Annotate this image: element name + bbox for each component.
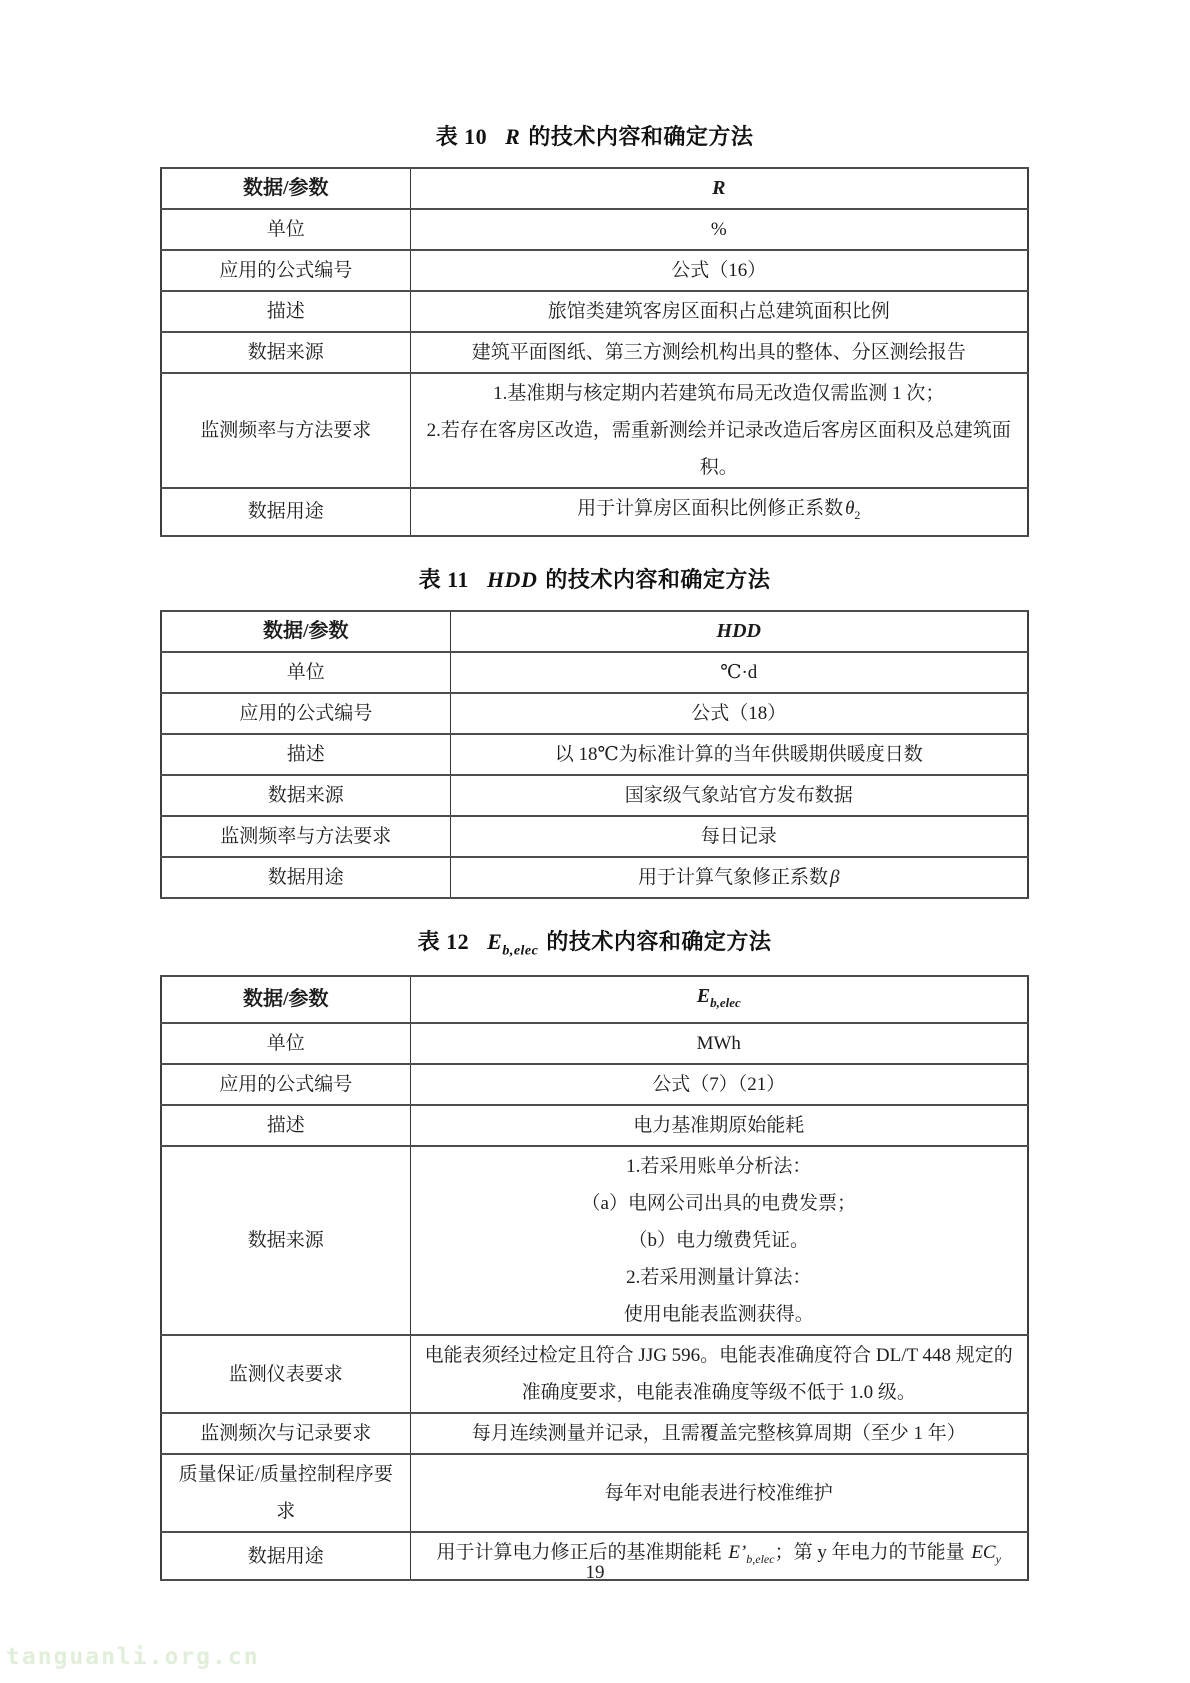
row-label: 描述 [161, 734, 450, 775]
table-row: 数据用途 用于计算气象修正系数β [161, 857, 1028, 898]
row-value-line: 1.基准期与核定期内若建筑布局无改造仅需监测 1 次； [423, 375, 1016, 412]
table-row: 质量保证/质量控制程序要求 每年对电能表进行校准维护 [161, 1454, 1028, 1532]
table-row: 应用的公式编号 公式（18） [161, 693, 1028, 734]
row-label: 数据来源 [161, 775, 450, 816]
row-value: 公式（18） [450, 693, 1028, 734]
usage-text: 用于计算电力修正后的基准期能耗 [437, 1542, 727, 1563]
table-row: 数据/参数 R [161, 168, 1028, 209]
document-content: 表 10R的技术内容和确定方法 数据/参数 R 单位 % 应用的公式编号 公式（… [160, 120, 1029, 1587]
row-label: 应用的公式编号 [161, 693, 450, 734]
header-label: 数据/参数 [161, 611, 450, 652]
table-11-title-text: 的技术内容和确定方法 [545, 567, 770, 592]
usage-text: 用于计算房区面积比例修正系数 [577, 498, 843, 519]
theta-symbol: θ [843, 498, 854, 519]
beta-symbol: β [828, 867, 839, 888]
row-label: 监测仪表要求 [161, 1335, 410, 1413]
row-value: 用于计算气象修正系数β [450, 857, 1028, 898]
table-row: 数据来源 建筑平面图纸、第三方测绘机构出具的整体、分区测绘报告 [161, 332, 1028, 373]
row-value: 旅馆类建筑客房区面积占总建筑面积比例 [410, 291, 1028, 332]
row-label: 数据用途 [161, 488, 410, 536]
ec-symbol: EC [969, 1542, 995, 1563]
e-prime-symbol: E’ [726, 1542, 746, 1563]
row-value-line: 1.若采用账单分析法： [423, 1148, 1016, 1185]
document-page: { "page": { "number": "19", "watermark":… [0, 0, 1190, 1683]
table-row: 单位 MWh [161, 1023, 1028, 1064]
row-label: 描述 [161, 1105, 410, 1146]
row-value-line: 2.若存在客房区改造，需重新测绘并记录改造后客房区面积及总建筑面积。 [423, 412, 1016, 486]
theta-subscript: 2 [854, 508, 860, 522]
row-value: % [410, 209, 1028, 250]
row-value: 电能表须经过检定且符合 JJG 596。电能表准确度符合 DL/T 448 规定… [410, 1335, 1028, 1413]
row-value: 建筑平面图纸、第三方测绘机构出具的整体、分区测绘报告 [410, 332, 1028, 373]
usage-text: ；第 y 年电力的节能量 [775, 1542, 970, 1563]
row-value: 每日记录 [450, 816, 1028, 857]
table-11-number: 表 11 [419, 567, 469, 592]
row-label: 质量保证/质量控制程序要求 [161, 1454, 410, 1532]
table-row: 单位 % [161, 209, 1028, 250]
header-value: HDD [450, 611, 1028, 652]
row-label: 单位 [161, 652, 450, 693]
table-row: 描述 以 18℃为标准计算的当年供暖期供暖度日数 [161, 734, 1028, 775]
row-value-line: （b）电力缴费凭证。 [423, 1222, 1016, 1259]
row-value: 公式（7）（21） [410, 1064, 1028, 1105]
header-label: 数据/参数 [161, 168, 410, 209]
row-label: 数据来源 [161, 1146, 410, 1335]
row-value-line: 使用电能表监测获得。 [423, 1296, 1016, 1333]
row-label: 单位 [161, 1023, 410, 1064]
table-row: 监测频率与方法要求 1.基准期与核定期内若建筑布局无改造仅需监测 1 次； 2.… [161, 373, 1028, 488]
row-value: MWh [410, 1023, 1028, 1064]
table-10-parameter: R [505, 124, 520, 149]
table-12-parameter-subscript: b,elec [502, 943, 538, 958]
row-value: ℃·d [450, 652, 1028, 693]
table-row: 数据来源 1.若采用账单分析法： （a）电网公司出具的电费发票； （b）电力缴费… [161, 1146, 1028, 1335]
header-value-subscript: b,elec [710, 995, 741, 1010]
table-11-title: 表 11HDD的技术内容和确定方法 [160, 563, 1029, 594]
table-11-parameter: HDD [487, 567, 537, 592]
table-10-title-text: 的技术内容和确定方法 [528, 124, 753, 149]
table-row: 监测频率与方法要求 每日记录 [161, 816, 1028, 857]
table-row: 数据用途 用于计算房区面积比例修正系数θ2 [161, 488, 1028, 536]
row-label: 描述 [161, 291, 410, 332]
table-row: 描述 电力基准期原始能耗 [161, 1105, 1028, 1146]
row-value: 国家级气象站官方发布数据 [450, 775, 1028, 816]
header-value: Eb,elec [410, 976, 1028, 1023]
row-value-line: （a）电网公司出具的电费发票； [423, 1185, 1016, 1222]
row-value: 1.基准期与核定期内若建筑布局无改造仅需监测 1 次； 2.若存在客房区改造，需… [410, 373, 1028, 488]
table-row: 单位 ℃·d [161, 652, 1028, 693]
row-value: 每月连续测量并记录，且需覆盖完整核算周期（至少 1 年） [410, 1413, 1028, 1454]
table-row: 监测仪表要求 电能表须经过检定且符合 JJG 596。电能表准确度符合 DL/T… [161, 1335, 1028, 1413]
row-value: 以 18℃为标准计算的当年供暖期供暖度日数 [450, 734, 1028, 775]
table-row: 数据来源 国家级气象站官方发布数据 [161, 775, 1028, 816]
table-row: 数据/参数 HDD [161, 611, 1028, 652]
row-label: 数据用途 [161, 857, 450, 898]
row-value: 每年对电能表进行校准维护 [410, 1454, 1028, 1532]
row-value: 公式（16） [410, 250, 1028, 291]
row-label: 监测频次与记录要求 [161, 1413, 410, 1454]
row-value: 用于计算房区面积比例修正系数θ2 [410, 488, 1028, 536]
row-value: 电力基准期原始能耗 [410, 1105, 1028, 1146]
row-label: 应用的公式编号 [161, 250, 410, 291]
table-12: 数据/参数 Eb,elec 单位 MWh 应用的公式编号 公式（7）（21） 描… [160, 975, 1029, 1581]
table-12-number: 表 12 [418, 929, 470, 954]
table-row: 应用的公式编号 公式（7）（21） [161, 1064, 1028, 1105]
table-12-title: 表 12Eb,elec的技术内容和确定方法 [160, 925, 1029, 959]
table-row: 应用的公式编号 公式（16） [161, 250, 1028, 291]
usage-text: 用于计算气象修正系数 [638, 867, 828, 888]
header-label: 数据/参数 [161, 976, 410, 1023]
watermark: tanguanli.org.cn [6, 1644, 260, 1670]
page-number: 19 [0, 1562, 1190, 1584]
table-11: 数据/参数 HDD 单位 ℃·d 应用的公式编号 公式（18） 描述 以 18℃… [160, 610, 1029, 899]
table-10: 数据/参数 R 单位 % 应用的公式编号 公式（16） 描述 旅馆类建筑客房区面… [160, 167, 1029, 537]
table-12-parameter: Eb,elec [487, 929, 538, 954]
table-10-title: 表 10R的技术内容和确定方法 [160, 120, 1029, 151]
row-value-line: 2.若采用测量计算法： [423, 1259, 1016, 1296]
table-row: 数据/参数 Eb,elec [161, 976, 1028, 1023]
row-label: 监测频率与方法要求 [161, 816, 450, 857]
row-label: 应用的公式编号 [161, 1064, 410, 1105]
table-10-number: 表 10 [436, 124, 488, 149]
row-label: 单位 [161, 209, 410, 250]
table-row: 描述 旅馆类建筑客房区面积占总建筑面积比例 [161, 291, 1028, 332]
row-value: 1.若采用账单分析法： （a）电网公司出具的电费发票； （b）电力缴费凭证。 2… [410, 1146, 1028, 1335]
table-12-title-text: 的技术内容和确定方法 [546, 929, 771, 954]
header-value: R [410, 168, 1028, 209]
row-label: 数据来源 [161, 332, 410, 373]
row-label: 监测频率与方法要求 [161, 373, 410, 488]
table-row: 监测频次与记录要求 每月连续测量并记录，且需覆盖完整核算周期（至少 1 年） [161, 1413, 1028, 1454]
